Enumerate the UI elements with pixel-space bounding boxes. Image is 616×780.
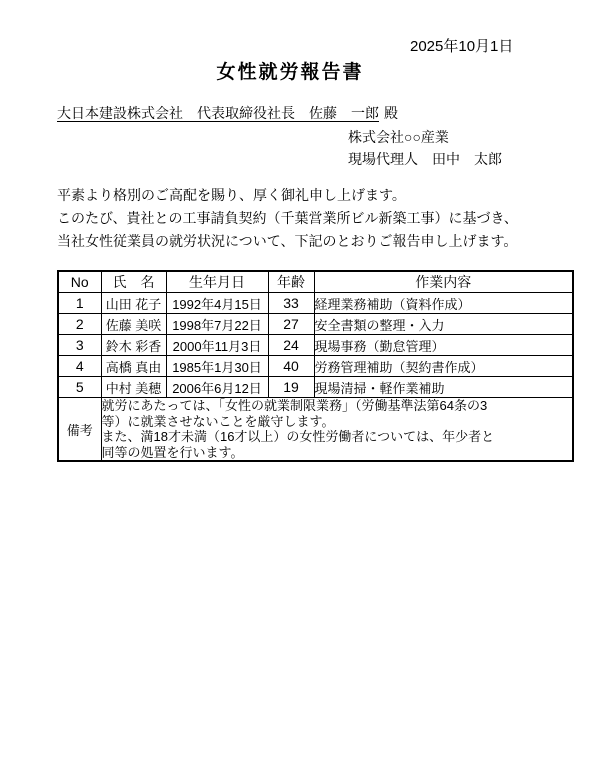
table-row: 1 山田 花子 1992年4月15日 33 経理業務補助（資料作成） bbox=[58, 293, 573, 314]
cell-work: 労務管理補助（契約書作成） bbox=[314, 356, 573, 377]
table-row: 2 佐藤 美咲 1998年7月22日 27 安全書類の整理・入力 bbox=[58, 314, 573, 335]
cell-age: 40 bbox=[268, 356, 314, 377]
body-line-report: 当社女性従業員の就労状況について、下記のとおりご報告申し上げます。 bbox=[57, 230, 518, 253]
table-row: 5 中村 美穂 2006年6月12日 19 現場清掃・軽作業補助 bbox=[58, 377, 573, 398]
worker-report-table: No 氏 名 生年月日 年齢 作業内容 1 山田 花子 1992年4月15日 3… bbox=[57, 270, 574, 462]
table-header-row: No 氏 名 生年月日 年齢 作業内容 bbox=[58, 271, 573, 293]
addressee-line: 大日本建設株式会社 代表取締役社長 佐藤 一郎殿 bbox=[57, 103, 398, 123]
cell-no: 3 bbox=[58, 335, 101, 356]
cell-name: 中村 美穂 bbox=[101, 377, 166, 398]
cell-work: 現場事務（勤怠管理） bbox=[314, 335, 573, 356]
document-page: 2025年10月1日 女性就労報告書 大日本建設株式会社 代表取締役社長 佐藤 … bbox=[0, 0, 616, 780]
body-line-contract: このたび、貴社との工事請負契約（千葉営業所ビル新築工事）に基づき、 bbox=[57, 207, 518, 230]
table-row: 4 高橋 真由 1985年1月30日 40 労務管理補助（契約書作成） bbox=[58, 356, 573, 377]
remarks-text: 就労にあたっては、「女性の就業制限業務」（労働基準法第64条の3 等）に就業させ… bbox=[101, 398, 573, 462]
sender-agent: 現場代理人 田中 太郎 bbox=[348, 148, 502, 170]
cell-work: 現場清掃・軽作業補助 bbox=[314, 377, 573, 398]
body-line-greeting: 平素より格別のご高配を賜り、厚く御礼申し上げます。 bbox=[57, 184, 518, 207]
page-title: 女性就労報告書 bbox=[0, 57, 580, 84]
cell-work: 安全書類の整理・入力 bbox=[314, 314, 573, 335]
cell-age: 19 bbox=[268, 377, 314, 398]
cell-birthdate: 1992年4月15日 bbox=[166, 293, 268, 314]
remarks-label: 備考 bbox=[58, 398, 101, 462]
cell-age: 27 bbox=[268, 314, 314, 335]
header-age: 年齢 bbox=[268, 271, 314, 293]
header-work: 作業内容 bbox=[314, 271, 573, 293]
sender-company: 株式会社○○産業 bbox=[348, 126, 502, 148]
header-birthdate: 生年月日 bbox=[166, 271, 268, 293]
cell-no: 4 bbox=[58, 356, 101, 377]
cell-no: 2 bbox=[58, 314, 101, 335]
cell-name: 鈴木 彩香 bbox=[101, 335, 166, 356]
cell-birthdate: 2006年6月12日 bbox=[166, 377, 268, 398]
body-text: 平素より格別のご高配を賜り、厚く御礼申し上げます。 このたび、貴社との工事請負契… bbox=[57, 184, 518, 253]
cell-name: 山田 花子 bbox=[101, 293, 166, 314]
addressee-name: 大日本建設株式会社 代表取締役社長 佐藤 一郎 bbox=[57, 105, 379, 121]
cell-age: 24 bbox=[268, 335, 314, 356]
sender-block: 株式会社○○産業 現場代理人 田中 太郎 bbox=[348, 126, 502, 170]
header-name: 氏 名 bbox=[101, 271, 166, 293]
report-date: 2025年10月1日 bbox=[410, 35, 513, 56]
cell-no: 1 bbox=[58, 293, 101, 314]
cell-name: 佐藤 美咲 bbox=[101, 314, 166, 335]
cell-birthdate: 2000年11月3日 bbox=[166, 335, 268, 356]
cell-work: 経理業務補助（資料作成） bbox=[314, 293, 573, 314]
addressee-honorific: 殿 bbox=[384, 105, 398, 121]
cell-name: 高橋 真由 bbox=[101, 356, 166, 377]
header-no: No bbox=[58, 271, 101, 293]
cell-age: 33 bbox=[268, 293, 314, 314]
remarks-row: 備考 就労にあたっては、「女性の就業制限業務」（労働基準法第64条の3 等）に就… bbox=[58, 398, 573, 462]
table-row: 3 鈴木 彩香 2000年11月3日 24 現場事務（勤怠管理） bbox=[58, 335, 573, 356]
cell-birthdate: 1985年1月30日 bbox=[166, 356, 268, 377]
cell-no: 5 bbox=[58, 377, 101, 398]
cell-birthdate: 1998年7月22日 bbox=[166, 314, 268, 335]
